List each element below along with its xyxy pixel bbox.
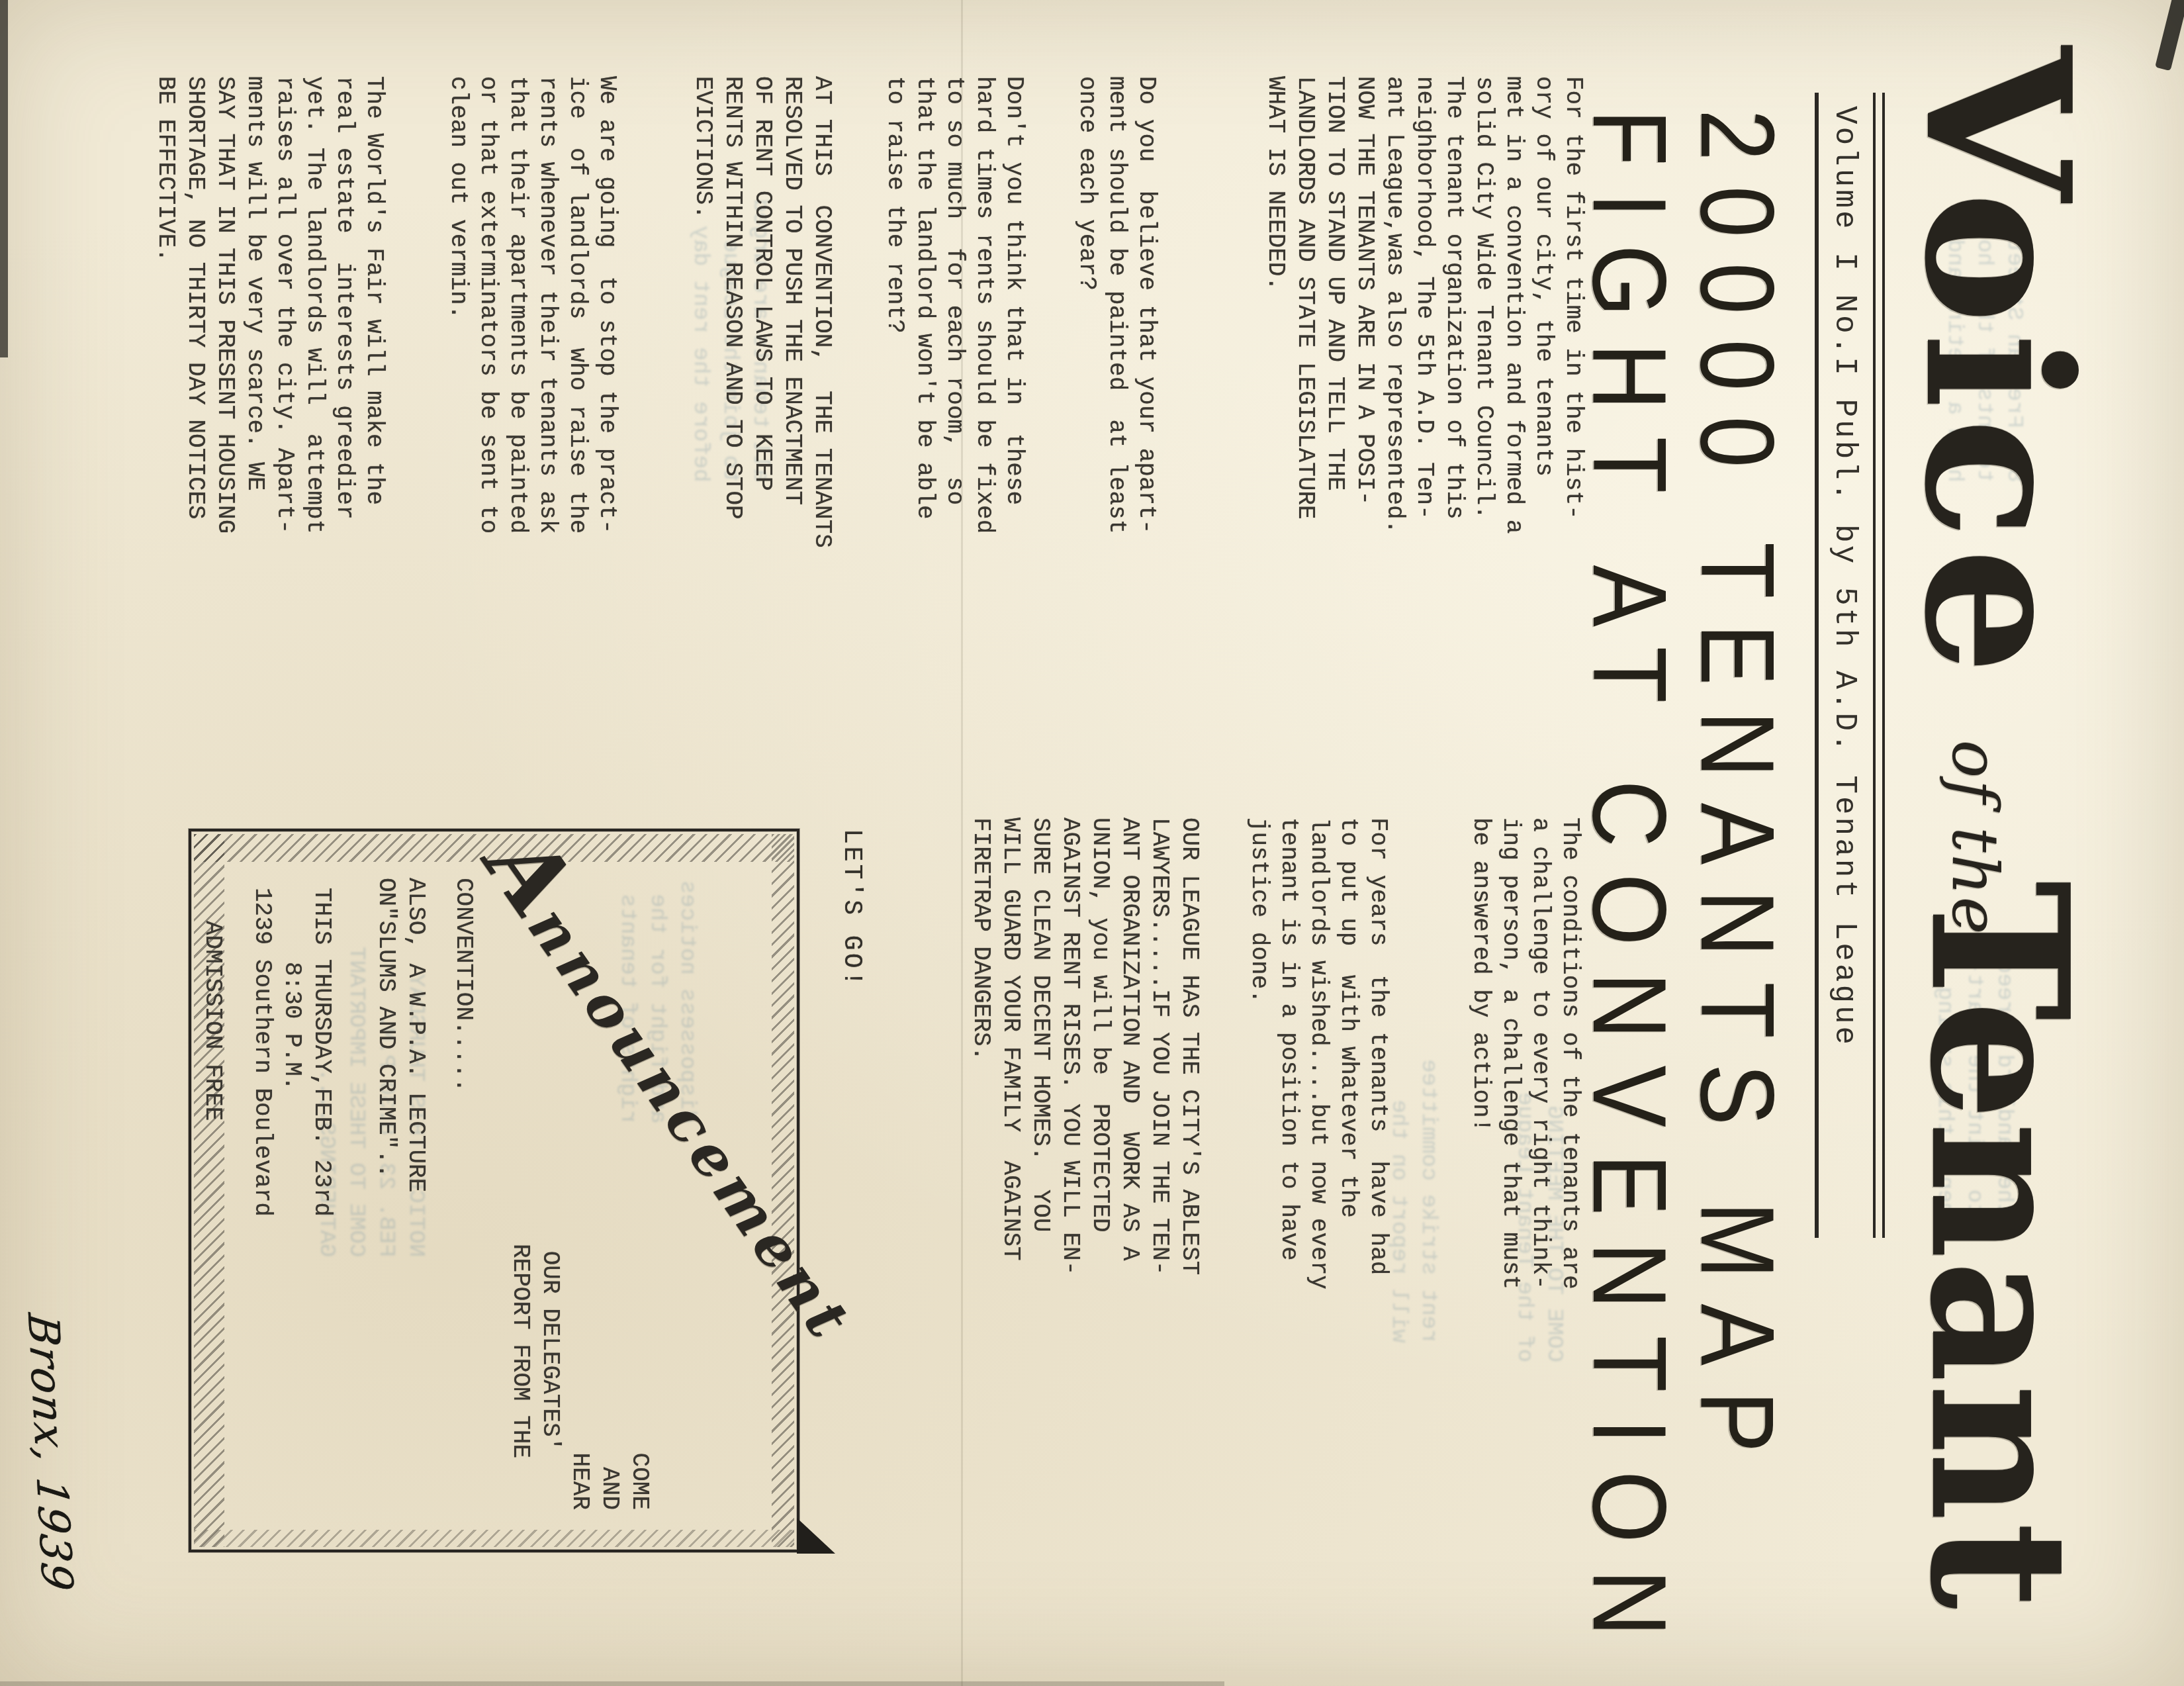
text-line: WILL GUARD YOUR FAMILY AGAINST: [996, 818, 1026, 1275]
article-paragraph-conditions: The conditions of the tenants area chall…: [1466, 818, 1585, 1289]
text-line: AT THIS CONVENTION, THE TENANTS: [807, 76, 837, 548]
text-line: Do you believe that your apart-: [1132, 76, 1161, 534]
masthead-rule-bottom: [1815, 93, 1819, 1238]
text-line: justice done.: [1244, 818, 1274, 1289]
article-paragraph-painting-question: Do you believe that your apart-ment shou…: [1072, 76, 1161, 534]
text-line: that the landlord won't be able: [910, 76, 940, 534]
text-line: a challenge to every right think-: [1525, 818, 1555, 1289]
text-line: The conditions of the tenants are: [1555, 818, 1585, 1289]
text-line: HEAR: [565, 1166, 595, 1536]
article-paragraph-rent-question: Don't you think that in thesehard times …: [880, 76, 1029, 534]
text-line: raises all over the city. Apart-: [270, 76, 300, 534]
masthead-rule-top-1: [1882, 93, 1885, 1238]
announcement-box: Announcement COMEANDHEAROUR DELEGATES'RE…: [189, 829, 799, 1552]
text-line: SAY THAT IN THIS PRESENT HOUSING: [210, 76, 240, 534]
text-line: AGAINST RENT RISES. YOU WILL EN-: [1056, 818, 1085, 1275]
lets-go-callout: LET'S GO!: [837, 829, 866, 988]
text-line: ory of our city, the tenants: [1529, 76, 1559, 534]
text-line: ice of landlords who raise the: [563, 76, 592, 534]
box-invite-lines: COMEANDHEAROUR DELEGATES'REPORT FROM THE: [506, 1166, 655, 1536]
text-line: solid City Wide Tenant Council.: [1469, 76, 1499, 534]
handwritten-date-note: Bronx, 1939: [18, 1311, 82, 1595]
text-line: For the first time in the hist-: [1559, 76, 1588, 534]
text-line: met in a convention and formed a: [1499, 76, 1529, 534]
text-line: neighborhood, The 5th A.D. Ten-: [1410, 76, 1439, 534]
text-line: RESOLVED TO PUSH THE ENACTMENT: [778, 76, 807, 548]
text-line: tenant is in a position to have: [1274, 818, 1304, 1289]
headline-line-1: 20000 TENANTS MAP: [1677, 109, 1797, 1477]
text-line: The World's Fair will make the: [359, 76, 389, 534]
text-line: LAWYERS.....IF YOU JOIN THE TEN-: [1145, 818, 1175, 1275]
text-line: REPORT FROM THE: [506, 1166, 535, 1536]
text-line: ANT ORGANIZATION AND WORK AS A: [1115, 818, 1145, 1275]
text-line: We are going to stop the pract-: [592, 76, 622, 534]
paper-crease: [961, 0, 963, 1686]
article-paragraph-for-years: For years the tenants have hadto put up …: [1244, 818, 1393, 1289]
scan-edge-shadow-right: [0, 1681, 1224, 1686]
text-line: BE EFFECTIVE.: [151, 76, 181, 534]
text-line: COME: [625, 1166, 655, 1536]
newsletter-page: 883 Freeman Streettenants of this househ…: [0, 0, 2184, 1686]
masthead-title-tenant: Tenant: [1888, 880, 2110, 1611]
text-line: ments will be very scarce. WE: [240, 76, 270, 534]
text-line: to put up with whatever the: [1334, 818, 1363, 1289]
text-line: CONVENTION.....: [449, 878, 478, 1192]
scan-smudge-corner: [2155, 0, 2184, 71]
text-line: UNION, you will be PROTECTED: [1085, 818, 1115, 1275]
scan-edge-shadow-bottom: [0, 0, 8, 357]
text-line: ON"SLUMS AND CRIME"..: [371, 878, 401, 1192]
text-line: rent strike committee: [1413, 1059, 1443, 1342]
text-line: ALSO, A W.P.A. LECTURE: [401, 878, 431, 1192]
text-line: 8:30 P.M.: [277, 888, 307, 1217]
text-line: ing person, a challenge that must: [1496, 818, 1525, 1289]
text-line: EVICTIONS.: [688, 76, 718, 548]
article-paragraph-stop-practice: We are going to stop the pract-ice of la…: [443, 76, 622, 534]
text-line: TION TO STAND UP AND TELL THE: [1320, 76, 1350, 534]
text-line: THIS THURSDAY,FEB. 23rd: [307, 888, 337, 1217]
text-line: to raise the rent?: [880, 76, 910, 534]
text-line: SURE CLEAN DECENT HOMES. YOU: [1026, 818, 1056, 1275]
text-line: OF RENT CONTROL LAWS TO KEEP: [748, 76, 778, 548]
text-line: ment should be painted at least: [1102, 76, 1132, 534]
text-line: NOW THE TENANTS ARE IN A POSI-: [1350, 76, 1380, 534]
scanned-newsletter-screenshot: 883 Freeman Streettenants of this househ…: [0, 0, 2184, 1686]
text-line: to so much for each room, so: [940, 76, 970, 534]
box-event-lines: CONVENTION.....ALSO, A W.P.A. LECTUREON"…: [371, 878, 478, 1192]
text-line: SHORTAGE, NO THIRTY DAY NOTICES: [181, 76, 210, 534]
box-hatch-right: [194, 1530, 794, 1547]
text-line: The tenant organization of this: [1439, 76, 1469, 534]
masthead-title-voice: Voice: [1881, 46, 2115, 684]
text-line: hard times rents should be fixed: [970, 76, 999, 534]
text-line: 1239 Southern Boulevard: [248, 888, 277, 1217]
text-line: OUR LEAGUE HAS THE CITY'S ABLEST: [1175, 818, 1205, 1275]
text-line: AND: [595, 1166, 625, 1536]
text-line: LANDLORDS AND STATE LEGISLATURE: [1291, 76, 1320, 534]
article-paragraph-worlds-fair: The World's Fair will make thereal estat…: [151, 76, 389, 534]
masthead-rule-top-2: [1873, 93, 1876, 1238]
text-line: rents whenever their tenants ask: [533, 76, 563, 534]
text-line: WHAT IS NEEDED.: [1261, 76, 1291, 534]
text-line: once each year?: [1072, 76, 1102, 534]
text-line: RENTS WITHIN REASON AND TO STOP: [718, 76, 748, 548]
text-line: be answered by action!: [1466, 818, 1496, 1289]
text-line: that their apartments be painted: [503, 76, 533, 534]
article-paragraph-resolutions: AT THIS CONVENTION, THE TENANTSRESOLVED …: [688, 76, 837, 548]
text-line: For years the tenants have had: [1363, 818, 1393, 1289]
text-line: ant League,was also represented.: [1380, 76, 1410, 534]
box-admission-line: ADMISSION FREE: [198, 921, 228, 1121]
text-line: or that exterminators be sent to: [473, 76, 503, 534]
article-paragraph-convention-report: For the first time in the hist-ory of ou…: [1261, 76, 1588, 534]
text-line: yet. The landlords will attempt: [300, 76, 330, 534]
text-line: landlords wished....but now every: [1304, 818, 1334, 1289]
text-line: OUR DELEGATES': [535, 1166, 565, 1536]
text-line: clean out vermin.: [443, 76, 473, 534]
box-schedule-lines: THIS THURSDAY,FEB. 23rd8:30 P.M.1239 Sou…: [248, 888, 337, 1217]
article-paragraph-league-benefits: OUR LEAGUE HAS THE CITY'S ABLESTLAWYERS.…: [966, 818, 1205, 1275]
text-line: Don't you think that in these: [999, 76, 1029, 534]
text-line: real estate interests greedier: [330, 76, 359, 534]
text-line: FIRETRAP DANGERS.: [966, 818, 996, 1275]
box-corner-flag: [797, 1518, 835, 1554]
volume-publisher-line: Volume I No.I Publ. by 5th A.D. Tenant L…: [1827, 106, 1862, 1047]
